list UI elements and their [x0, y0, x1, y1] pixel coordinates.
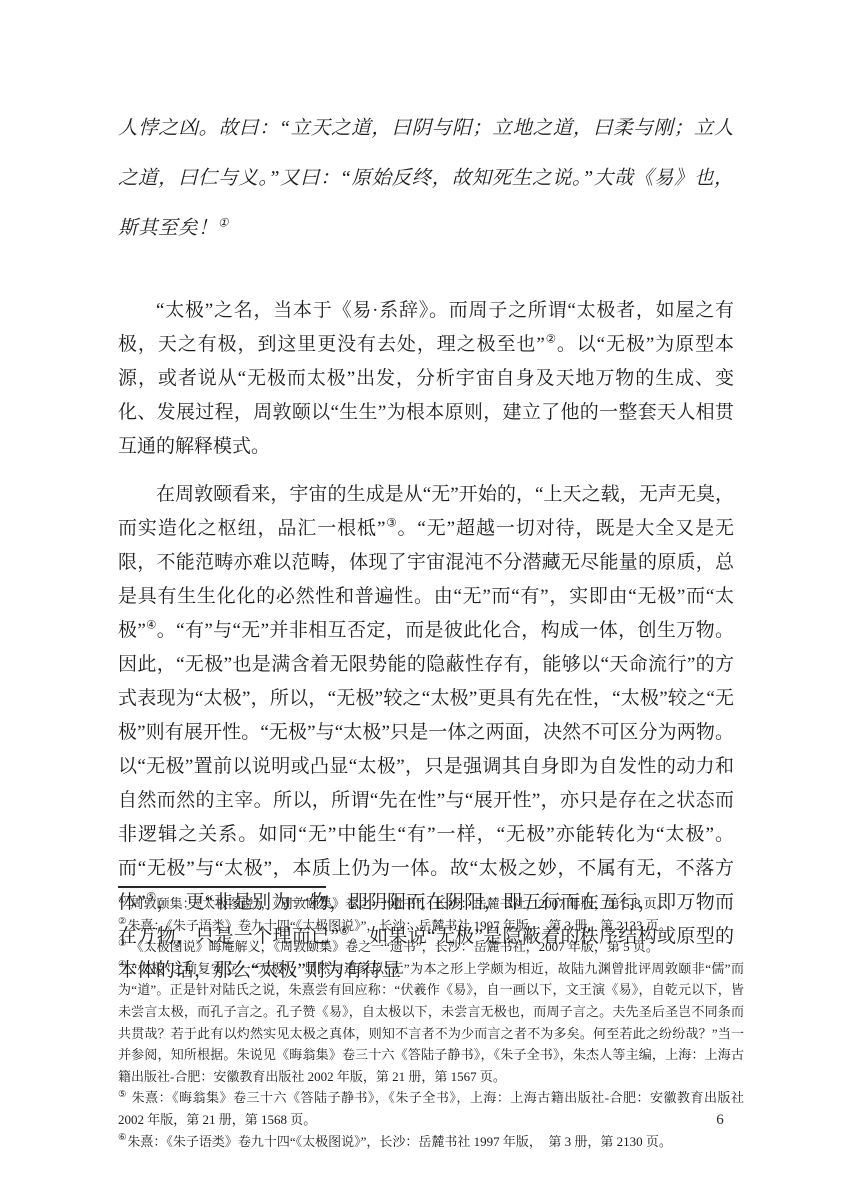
- footnote-4: ④ “太极”之前复安立一“无极”，显然与道家以“无”为本之形上学颇为相近，故陆九…: [118, 958, 744, 1088]
- footnote-4-marker: ④: [118, 960, 127, 970]
- footnotes-section: ① 周敦颐集：《太极图说》，《周敦颐集》卷之一“遗书”，长沙：岳麓书社，2007…: [118, 893, 744, 1152]
- footnote-2-marker: ②: [118, 917, 126, 927]
- footnote-3-marker: ③: [118, 939, 126, 949]
- text-column: 人悖之凶。故曰：“立天之道，曰阴与阳；立地之道，曰柔与刚；立人之道，曰仁与义。”…: [118, 104, 734, 988]
- quote-text: 人悖之凶。故曰：“立天之道，曰阴与阳；立地之道，曰柔与刚；立人之道，曰仁与义。”…: [118, 118, 734, 239]
- footnote-1-text: 周敦颐集：《太极图说》，《周敦颐集》卷之一“遗书”，长沙：岳麓书社，2007 年…: [127, 896, 669, 911]
- footnote-ref-3: ③: [385, 518, 397, 530]
- footnote-4-text: “太极”之前复安立一“无极”，显然与道家以“无”为本之形上学颇为相近，故陆九渊曾…: [118, 961, 744, 1084]
- document-page: 人悖之凶。故曰：“立天之道，曰阴与阳；立地之道，曰柔与刚；立人之道，曰仁与义。”…: [0, 0, 850, 1202]
- footnote-2-text: 朱熹：《朱子语类》卷九十四“《太极图说》”，长沙：岳麓书社 1997 年版， 第…: [127, 918, 672, 933]
- footnote-6-text: 朱熹：《朱子语类》卷九十四“《太极图说》”，长沙：岳麓书社 1997 年版， 第…: [127, 1134, 672, 1149]
- footnote-6-marker: ⑥: [118, 1133, 126, 1143]
- footnote-5-marker: ⑤: [118, 1090, 127, 1100]
- footnote-1: ① 周敦颐集：《太极图说》，《周敦颐集》卷之一“遗书”，长沙：岳麓书社，2007…: [118, 893, 744, 915]
- footnote-ref-1: ①: [218, 217, 229, 230]
- footnote-3: ③ 《太极图说》晦庵解义，《周敦颐集》卷之一“遗书”，长沙：岳麓书社，2007 …: [118, 936, 744, 958]
- paragraph-2-text-cont-2: 。“有”与“无”并非相互否定，而是彼此化合，构成一体，创生万物。因此，“无极”也…: [118, 620, 734, 913]
- body-text: “太极”之名，当本于《易·系辞》。而周子之所谓“太极者，如屋之有极，天之有极，到…: [118, 294, 734, 988]
- footnote-3-text: 《太极图说》晦庵解义，《周敦颐集》卷之一“遗书”，长沙：岳麓书社，2007 年版…: [127, 939, 659, 954]
- footnote-1-marker: ①: [118, 896, 126, 906]
- footnote-separator: [118, 886, 326, 888]
- paragraph-1: “太极”之名，当本于《易·系辞》。而周子之所谓“太极者，如屋之有极，天之有极，到…: [118, 294, 734, 464]
- footnote-5: ⑤ 朱熹：《晦翁集》卷三十六《答陆子静书》，《朱子全书》，上海：上海古籍出版社-…: [118, 1087, 744, 1130]
- footnote-ref-4: ④: [146, 620, 157, 632]
- footnote-2: ②朱熹：《朱子语类》卷九十四“《太极图说》”，长沙：岳麓书社 1997 年版， …: [118, 915, 744, 937]
- footnote-ref-2: ②: [545, 334, 557, 346]
- block-quote: 人悖之凶。故曰：“立天之道，曰阴与阳；立地之道，曰柔与刚；立人之道，曰仁与义。”…: [118, 104, 734, 254]
- page-number: 6: [700, 1112, 740, 1129]
- footnote-5-text: 朱熹：《晦翁集》卷三十六《答陆子静书》，《朱子全书》，上海：上海古籍出版社-合肥…: [118, 1090, 744, 1127]
- footnote-6: ⑥朱熹：《朱子语类》卷九十四“《太极图说》”，长沙：岳麓书社 1997 年版， …: [118, 1131, 744, 1153]
